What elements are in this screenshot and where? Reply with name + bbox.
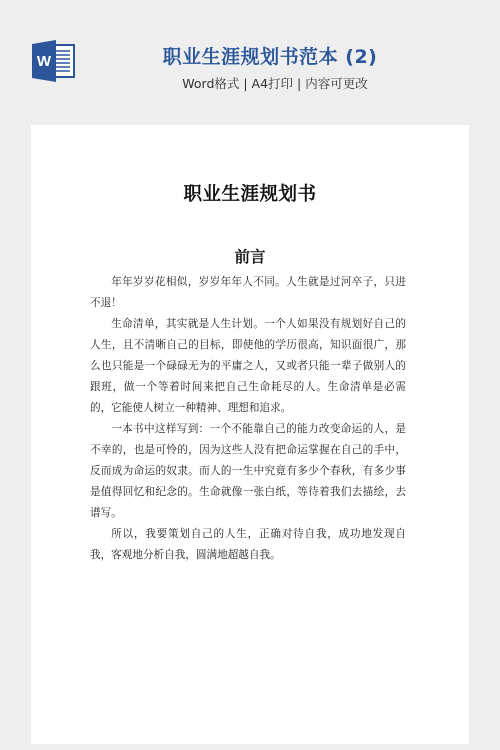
document-title-banner: 职业生涯规划书范本 (2) (110, 44, 430, 70)
paragraph: 年年岁岁花相似，岁岁年年人不同。人生就是过河卒子，只进不退！ (90, 272, 406, 314)
document-page: 职业生涯规划书 前言 年年岁岁花相似，岁岁年年人不同。人生就是过河卒子，只进不退… (31, 125, 469, 744)
preview-header: W 职业生涯规划书范本 (2) Word格式 | A4打印 | 内容可更改 (0, 0, 500, 125)
paragraph: 生命清单，其实就是人生计划。一个人如果没有规划好自己的人生，且不清晰自己的目标，… (90, 314, 406, 419)
doc-body: 年年岁岁花相似，岁岁年年人不同。人生就是过河卒子，只进不退！ 生命清单，其实就是… (90, 272, 406, 566)
word-doc-icon: W (31, 40, 77, 82)
doc-title: 职业生涯规划书 (31, 183, 469, 207)
paragraph: 所以，我要策划自己的人生，正确对待自我，成功地发现自我，客观地分析自我，圆满地超… (90, 524, 406, 566)
paragraph: 一本书中这样写到：一个不能靠自己的能力改变命运的人，是不幸的，也是可怜的，因为这… (90, 419, 406, 524)
svg-text:W: W (37, 53, 52, 70)
section-title-preface: 前言 (31, 247, 469, 267)
document-format-info: Word格式 | A4打印 | 内容可更改 (110, 75, 440, 93)
